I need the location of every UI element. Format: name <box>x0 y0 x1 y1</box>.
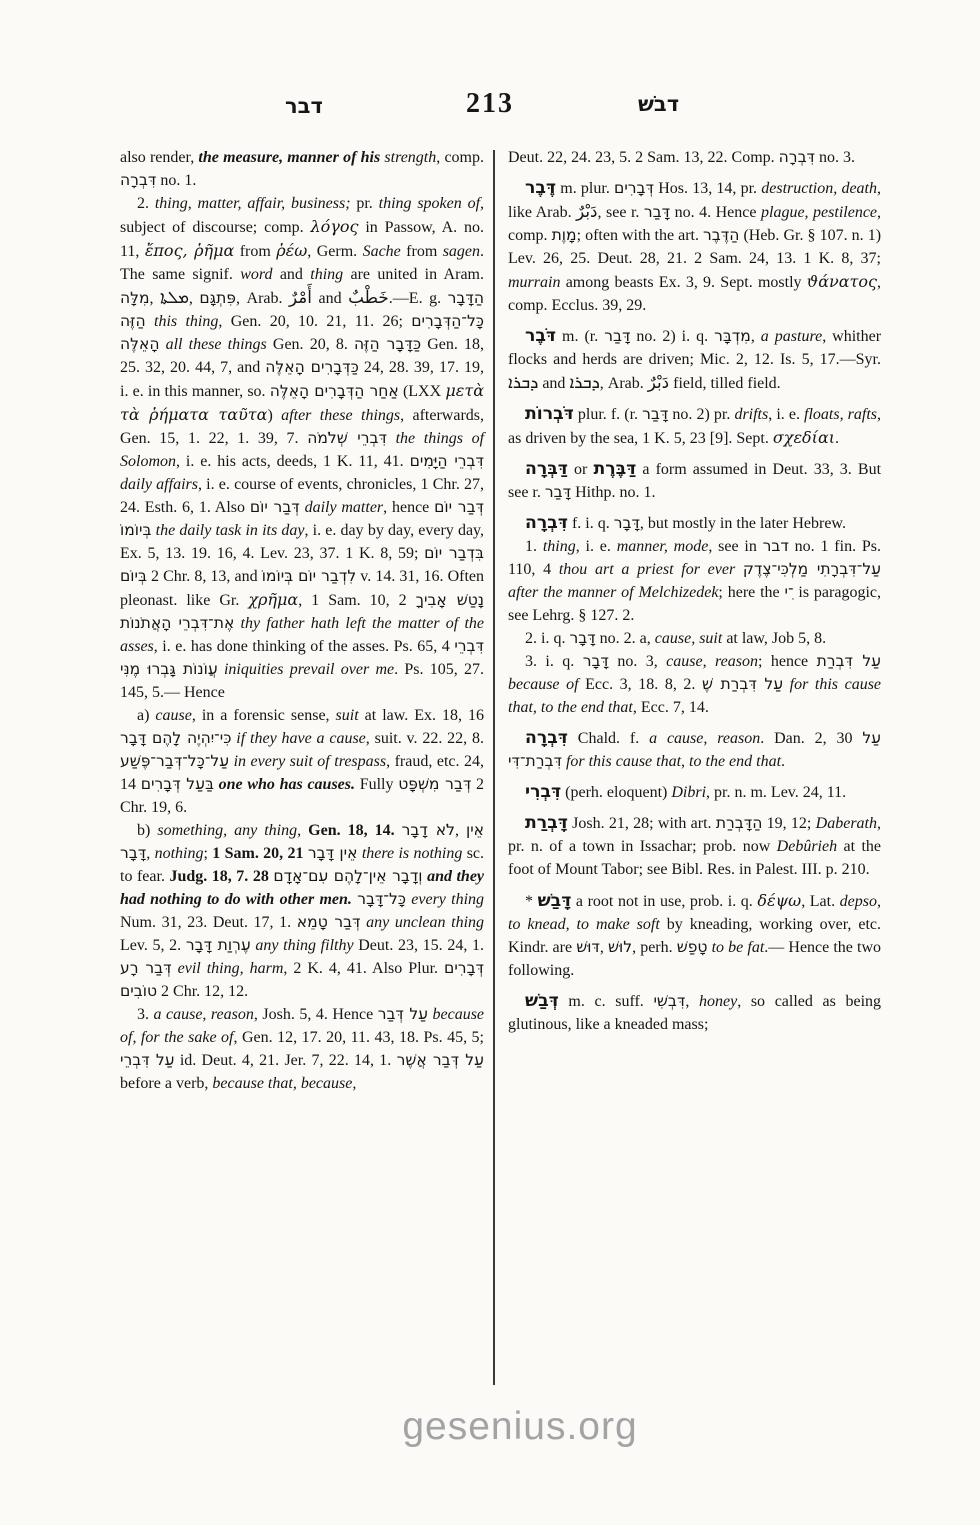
text-run: ; hence <box>758 653 817 670</box>
text-run: nothing <box>155 845 204 862</box>
text-run: , Ecc. 7, 14. <box>633 699 709 716</box>
text-run: 3. <box>137 1006 154 1023</box>
text-run: no. 1. <box>156 172 196 189</box>
hebrew-text: לֹא דָבָר <box>402 821 455 839</box>
text-run: thing, matter, affair, business; <box>155 195 351 212</box>
text-run: among beasts Ex. 3, 9. Sept. mostly <box>560 274 806 291</box>
text-run: word <box>240 266 272 283</box>
hebrew-text: דִּבְשִׁי <box>653 992 685 1010</box>
text-run: Fully <box>355 776 398 793</box>
text-run: and <box>273 266 311 283</box>
text-run: one who has causes. <box>219 776 355 793</box>
hebrew-text: דֹּבֶר <box>525 326 556 346</box>
text-run: thing spoken of, <box>379 195 484 212</box>
text-run: Daberath <box>816 815 877 832</box>
text-run: daily matter <box>305 499 384 516</box>
text-run: the measure, manner of his <box>198 149 380 166</box>
text-run: , Arab. <box>236 290 289 307</box>
text-run: Deut. 23, 15. 24, 1. <box>354 937 484 954</box>
watermark: gesenius.org <box>0 1405 980 1449</box>
text-run: 2. <box>137 195 155 212</box>
text-run: (perh. eloquent) <box>561 784 671 801</box>
text-run: to be fat <box>712 939 765 956</box>
text-run: no. 3. <box>815 149 855 166</box>
text-run: , hence <box>383 499 434 516</box>
paragraph: דִּבְרִי (perh. eloquent) Dibri, pr. n. … <box>508 781 881 804</box>
hebrew-text: דְּבַר יוֹם <box>250 498 300 516</box>
paragraph: דִּבְרָה f. i. q. דָּבָר, but mostly in … <box>508 512 881 535</box>
text-run: any thing filthy <box>255 937 353 954</box>
text-run: ; here the <box>718 584 784 601</box>
text-run: a cause, reason <box>154 1006 254 1023</box>
text-run: after these things <box>281 407 400 424</box>
hebrew-text: דִּבְרָה <box>525 513 568 533</box>
text-run: if they have a cause <box>236 730 365 747</box>
text-run: f. i. q. <box>568 515 614 532</box>
text-run: Sache <box>363 243 401 260</box>
text-run: 2 Chr. 8, 13, and <box>147 568 262 585</box>
text-run: , 2 K. 4, 41. Also Plur. <box>283 960 444 977</box>
text-run <box>395 822 402 839</box>
hebrew-text: דֶּבֶר <box>525 178 556 198</box>
text-run: Josh. 21, 28; with art. <box>568 815 716 832</box>
hebrew-text: עַל דְּבַר אֲשֶׁר <box>397 1051 484 1069</box>
hebrew-text: דְּבַשׁ <box>525 991 559 1011</box>
hebrew-text: כָּל־דָּבָר <box>357 890 406 908</box>
paragraph: דַּבְּרָה or דַּבֶּרֶת a form assumed in… <box>508 458 881 504</box>
text-run: , i. e. has done thinking of the asses. … <box>154 638 455 655</box>
greek-text: δέψω <box>757 891 801 910</box>
text-run: Chald. f. <box>568 730 649 747</box>
text-run: ) <box>267 407 281 424</box>
text-run: b) <box>137 822 157 839</box>
text-run: iniquities prevail over me <box>224 661 394 678</box>
text-run: murrain <box>508 274 560 291</box>
paragraph: also render, the measure, manner of his … <box>120 146 484 192</box>
text-run: suit <box>336 707 359 724</box>
hebrew-text: דָּבָר <box>569 629 595 647</box>
hebrew-text: דִּבְרֵי הַיָּמִים <box>410 452 484 470</box>
text-run: and <box>312 290 348 307</box>
hebrew-text: אַחַר הַדְּבָרִים הָאֵלֶּה <box>270 382 399 400</box>
text-run: after the manner of Melchizedek <box>508 584 718 601</box>
hebrew-text: פִּתְגָּם <box>199 289 236 307</box>
text-run: thou art a priest for ever <box>559 561 735 578</box>
hebrew-text: דָּבַר <box>644 203 670 221</box>
text-run: (LXX <box>399 383 446 400</box>
text-run: Ecc. 3, 18. 8, 2. <box>579 676 702 693</box>
hebrew-text: דָּבְרַת <box>525 813 568 833</box>
hebrew-text: עַל־דִּבְרָתִי מַלְכִּי־צֶדֶק <box>743 560 881 578</box>
left-column: also render, the measure, manner of his … <box>120 146 484 1095</box>
paragraph: 1. thing, i. e. manner, mode, see in דבר… <box>508 535 881 627</box>
text-run: something, any thing <box>157 822 297 839</box>
hebrew-text: עַל דִּבְרַת שֶׁ <box>702 675 783 693</box>
hebrew-text: לוּשׁ <box>608 938 632 956</box>
text-run: daily affairs <box>120 476 198 493</box>
text-run: also render, <box>120 149 198 166</box>
text-run: a root not in use, prob. i. q. <box>571 893 757 910</box>
right-column: Deut. 22, 24. 23, 5. 2 Sam. 13, 22. Comp… <box>508 146 881 1036</box>
text-run: from <box>401 243 443 260</box>
greek-text: ϑάνατος <box>807 272 877 291</box>
hebrew-text: אֵין דָּבָר <box>308 844 358 862</box>
hebrew-text: דָּבַר <box>545 483 571 501</box>
hebrew-text: דָּבָר <box>583 652 609 670</box>
arabic-text: خَطْبٌ <box>348 287 389 307</box>
text-run: Deut. 22, 24. 23, 5. 2 Sam. 13, 22. Comp… <box>508 149 779 166</box>
text-run: strength <box>384 149 436 166</box>
text-run: floats, rafts <box>804 406 877 423</box>
text-run: before a verb, <box>120 1075 212 1092</box>
text-run <box>783 676 790 693</box>
text-run: 1. <box>525 538 543 555</box>
text-run: , i. e. <box>576 538 617 555</box>
hebrew-text: עַל דִּבְרַת <box>817 652 881 670</box>
guide-word-right: דבשׁ <box>638 92 679 116</box>
paragraph: 2. thing, matter, affair, business; pr. … <box>120 192 484 704</box>
text-run: Gen. 20, 8. <box>267 336 354 353</box>
text-run: ; <box>203 845 212 862</box>
text-run: , see r. <box>598 204 644 221</box>
text-run: id. Deut. 4, 21. Jer. 7, 22. 14, 1. <box>175 1052 397 1069</box>
text-run: , <box>297 822 308 839</box>
hebrew-text: דְּבַר טָמֵא <box>297 913 361 931</box>
hebrew-text: בַּעַל דְּבָרִים <box>141 775 214 793</box>
arabic-text: أَمْرٌ <box>289 287 312 307</box>
text-run: 2. i. q. <box>525 630 569 647</box>
text-run: 1 Sam. 20, 21 <box>212 845 303 862</box>
hebrew-text: ־ִי <box>784 583 793 601</box>
hebrew-text: כִּי־יִהְיֶה לָהֶם דָּבָר <box>120 729 231 747</box>
syriac-text: ܕܒܪܐ <box>508 372 538 392</box>
text-run: , <box>146 845 154 862</box>
paragraph: Deut. 22, 24. 23, 5. 2 Sam. 13, 22. Comp… <box>508 146 881 169</box>
hebrew-text: דָּבַשׁ <box>538 891 572 911</box>
hebrew-text: דִּבְרָה <box>120 171 156 189</box>
text-run: plur. f. (r. <box>574 406 642 423</box>
text-run: at law. Ex. 18, 16 <box>359 707 484 724</box>
text-run: thing <box>543 538 576 555</box>
hebrew-text: דבר <box>763 537 789 555</box>
text-run: there is nothing <box>362 845 463 862</box>
text-run <box>735 561 743 578</box>
text-run: plague, pestilence <box>761 204 877 221</box>
text-run: a) <box>137 707 155 724</box>
text-run: , <box>455 822 466 839</box>
text-run: any unclean thing <box>366 914 484 931</box>
hebrew-text: דְּבָרִים <box>614 179 654 197</box>
text-run: for this cause that, to the end that <box>566 753 781 770</box>
syriac-text: ܡܠܬܐ <box>160 287 189 307</box>
hebrew-text: לִדְבַר יוֹם בְּיוֹמוֹ <box>262 567 356 585</box>
text-run: a cause, reason <box>649 730 760 747</box>
text-run: , 1 Sam. 10, 2 <box>298 592 415 609</box>
running-head: דבר 213 דבשׁ <box>0 88 980 128</box>
text-run: . <box>835 430 839 447</box>
text-run <box>146 313 154 330</box>
text-run: because of <box>508 676 579 693</box>
hebrew-text: דָּבַר <box>604 327 630 345</box>
hebrew-text: דָּבָר <box>614 514 640 532</box>
hebrew-text: עַל דְּבַר <box>378 1005 428 1023</box>
text-run: subject of discourse; comp. <box>120 219 311 236</box>
paragraph: 3. a cause, reason, Josh. 5, 4. Hence עַ… <box>120 1003 484 1095</box>
hebrew-text: מִלָּה <box>120 289 150 307</box>
text-run: m. plur. <box>556 180 614 197</box>
hebrew-text: דּוּשׁ <box>576 938 600 956</box>
page-number: 213 <box>0 88 980 120</box>
hebrew-text: עַל דִּבְרֵי <box>120 1051 175 1069</box>
text-run: 19, 12; <box>762 815 815 832</box>
greek-text: χρῆμα <box>248 590 298 609</box>
hebrew-text: מִדְבָּר <box>714 327 751 345</box>
text-run: Debûrieh <box>777 838 837 855</box>
text-run: every thing <box>411 891 484 908</box>
paragraph: * דָּבַשׁ a root not in use, prob. i. q.… <box>508 889 881 982</box>
greek-text: ἔπος, ῥῆμα <box>145 241 234 260</box>
hebrew-text: דִּבְרָה <box>525 728 568 748</box>
text-run: because that, because, <box>212 1075 356 1092</box>
text-run: from <box>234 243 276 260</box>
text-run: pr. <box>351 195 379 212</box>
text-run: manner, mode <box>617 538 709 555</box>
arabic-text: دَبْرٌ <box>648 372 669 392</box>
text-run: cause <box>155 707 191 724</box>
hebrew-text: טָפַשׁ <box>677 938 708 956</box>
text-run: no. 2. a, <box>596 630 655 647</box>
text-run: . <box>781 753 785 770</box>
text-run: ; often with the art. <box>577 227 703 244</box>
hebrew-text: דֹּבְרוֹת <box>525 404 574 424</box>
hebrew-text: עֶרְוַת דָּבָר <box>186 936 251 954</box>
text-run: evil thing, harm <box>178 960 284 977</box>
paragraph: דְּבַשׁ m. c. suff. דִּבְשִׁי, honey, so… <box>508 990 881 1036</box>
text-run: field, tilled field. <box>669 375 781 392</box>
text-run: , <box>189 290 200 307</box>
text-run: Num. 31, 23. Deut. 17, 1. <box>120 914 297 931</box>
hebrew-text: וְדָבָר אֵין־לָהֶם עִם־אָדָם <box>273 867 422 885</box>
hebrew-text: עַל־כָּל־דְּבַר־פֶּשַׁע <box>120 752 229 770</box>
text-run: , in a forensic sense, <box>192 707 336 724</box>
text-run: , suit. v. 22. 22, 8. <box>366 730 484 747</box>
text-run: no. 2) pr. <box>668 406 734 423</box>
text-run: , comp. <box>436 149 484 166</box>
text-run: m. c. suff. <box>559 993 654 1010</box>
text-run: the daily task in its day <box>156 522 305 539</box>
syriac-text: ܕܒܪܐ <box>569 372 599 392</box>
paragraph: דֹּבְרוֹת plur. f. (r. דָּבַר no. 2) pr.… <box>508 403 881 450</box>
paragraph: דֶּבֶר m. plur. דְּבָרִים Hos. 13, 14, p… <box>508 177 881 317</box>
hebrew-text: דִּבְרָה <box>779 148 815 166</box>
text-run: , see in <box>708 538 762 555</box>
paragraph: 2. i. q. דָּבָר no. 2. a, cause, suit at… <box>508 627 881 650</box>
text-run: and <box>538 375 569 392</box>
hebrew-text: דִּבְרִי <box>525 782 561 802</box>
text-run: , Gen. 20, 10. 21, 11. 26; <box>218 313 411 330</box>
text-run: in every suit of trespass <box>234 753 387 770</box>
arabic-text: دَبْرٌ <box>576 201 597 221</box>
greek-text: λόγος <box>311 217 359 236</box>
paragraph: דֹּבֶר m. (r. דָּבַר no. 2) i. q. מִדְבָ… <box>508 325 881 395</box>
text-run: * <box>525 893 538 910</box>
text-run: . Dan. 2, 30 <box>760 730 862 747</box>
paragraph: b) something, any thing, Gen. 18, 14. לֹ… <box>120 819 484 1003</box>
text-run: , <box>685 993 699 1010</box>
text-run: 2 Chr. 12, 12. <box>157 983 248 1000</box>
text-run: no. 3, <box>609 653 666 670</box>
hebrew-text: דַּבֶּרֶת <box>593 459 636 479</box>
paragraph: דִּבְרָה Chald. f. a cause, reason. Dan.… <box>508 727 881 773</box>
greek-text: σχεδίαι <box>773 428 835 447</box>
text-run: , perh. <box>632 939 677 956</box>
text-run: m. (r. <box>556 328 604 345</box>
text-run: 3. i. q. <box>525 653 583 670</box>
text-run: , <box>751 328 761 345</box>
text-run: this thing <box>154 313 218 330</box>
text-run: honey <box>699 993 737 1010</box>
text-run: Hos. 13, 14, pr. <box>654 180 761 197</box>
hebrew-text: כַּדְּבָרִים הָאֵלֶּה <box>265 358 359 376</box>
hebrew-text: דְּבַר רָע <box>120 959 172 977</box>
paragraph: a) cause, in a forensic sense, suit at l… <box>120 704 484 819</box>
text-run: or <box>568 461 594 478</box>
text-run: thing <box>310 266 343 283</box>
text-run: Dibri <box>671 784 706 801</box>
greek-text: ῥέω <box>276 241 307 260</box>
text-run: Judg. 18, 7. 28 <box>169 868 268 885</box>
hebrew-text: הַדָּבְרַת <box>716 814 763 832</box>
text-run <box>387 430 396 447</box>
hebrew-text: דִּבְרֵי שְׁלֹמֹה <box>307 429 387 447</box>
text-run: .—E. g. <box>389 290 448 307</box>
text-run: , i. e. his acts, deeds, 1 K. 11, 41. <box>176 453 410 470</box>
hebrew-text: מָוֶת <box>552 226 577 244</box>
hebrew-text: דְּבַר מִשְׁפָּט <box>398 775 471 793</box>
text-run: a pasture <box>761 328 822 345</box>
text-run: , pr. n. m. Lev. 24, 11. <box>706 784 846 801</box>
text-run: drifts <box>734 406 768 423</box>
text-run: , but mostly in the later Hebrew. <box>640 515 846 532</box>
text-run: , Gen. 12, 17. 20, 11. 43, 18. Ps. 45, 5… <box>234 1029 485 1046</box>
text-run: Gen. 18, 14. <box>308 822 394 839</box>
text-run: Hithp. no. 1. <box>571 484 655 501</box>
text-run: at law, Job 5, 8. <box>722 630 826 647</box>
text-run: are united in Aram. <box>343 266 484 283</box>
text-run: , Lat. <box>801 893 839 910</box>
text-run: destruction, death <box>761 180 877 197</box>
hebrew-text: הַדֶּבֶר <box>703 226 739 244</box>
text-run: , Arab. <box>600 375 648 392</box>
paragraph: 3. i. q. דָּבָר no. 3, cause, reason; he… <box>508 650 881 719</box>
text-run: , i. e. <box>768 406 804 423</box>
text-run: , <box>150 290 161 307</box>
column-divider <box>493 150 495 1385</box>
hebrew-text: כַּדָּבָר הַזֶּה <box>354 335 421 353</box>
text-run: cause, suit <box>655 630 723 647</box>
text-run: Lev. 5, 2. <box>120 937 186 954</box>
text-run: no. 2) i. q. <box>630 328 714 345</box>
text-run: all these things <box>166 336 267 353</box>
hebrew-text: דַּבְּרָה <box>525 459 568 479</box>
hebrew-text: דָּבַר <box>642 405 668 423</box>
text-run: no. 4. Hence <box>670 204 761 221</box>
text-run: , Germ. <box>307 243 362 260</box>
text-run: cause, reason <box>666 653 758 670</box>
paragraph: דָּבְרַת Josh. 21, 28; with art. הַדָּבְ… <box>508 812 881 881</box>
text-run: sagen <box>443 243 480 260</box>
text-run: , Josh. 5, 4. Hence <box>254 1006 378 1023</box>
lexicon-page: דבר 213 דבשׁ also render, the measure, m… <box>0 0 980 1525</box>
text-run: , <box>600 939 608 956</box>
